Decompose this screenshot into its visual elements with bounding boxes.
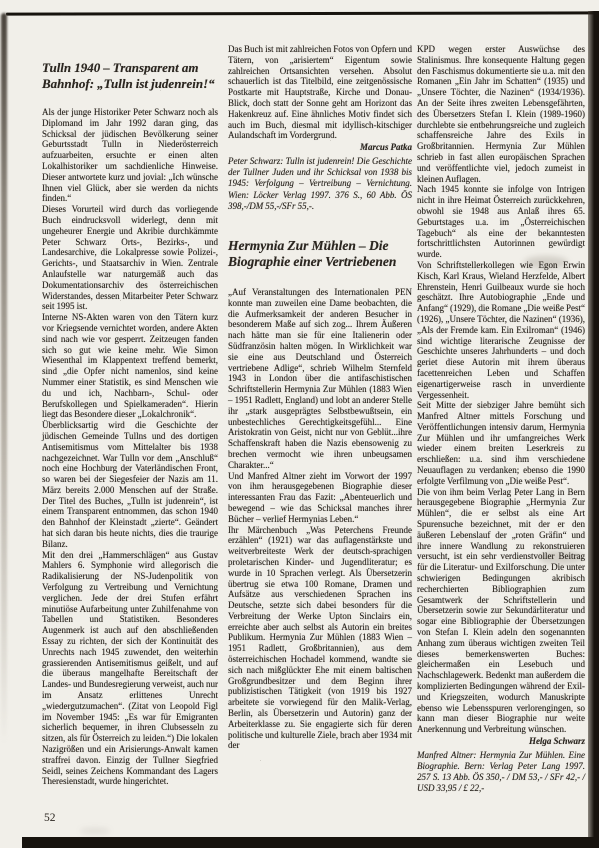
page-number: 52 xyxy=(44,812,56,824)
paragraph: Die von ihm beim Verlag Peter Lang in Be… xyxy=(417,487,585,735)
paragraph: Interne NS-Akten waren von den Tätern ku… xyxy=(42,312,218,420)
paragraph: „Auf Veranstaltungen des Internationalen… xyxy=(228,287,412,471)
paragraph: Ihr Märchenbuch „Was Peterchens Freunde … xyxy=(228,525,412,752)
paragraph: Und Manfred Altner zieht im Vorwort der … xyxy=(228,471,412,525)
column-middle: Das Buch ist mit zahlreichen Fotos von O… xyxy=(228,44,412,751)
author-signature-schwarz: Helga Schwarz xyxy=(417,736,585,747)
paragraph: Nach 1945 konnte sie infolge von Intrige… xyxy=(417,184,585,260)
paragraph: Das Buch ist mit zahlreichen Fotos von O… xyxy=(228,44,412,141)
review-title-muehlen: Hermynia Zur Mühlen – Die Biographie ein… xyxy=(228,238,412,271)
paragraph: Von Schriftstellerkollegen wie Egon Erwi… xyxy=(417,260,585,400)
author-signature-patka: Marcus Patka xyxy=(228,142,412,153)
scan-smudge xyxy=(80,828,110,834)
spine-shadow-left xyxy=(1,13,7,743)
paragraph: Als der junge Historiker Peter Schwarz n… xyxy=(42,107,218,204)
column-right: KPD wegen erster Auswüchse des Stalinism… xyxy=(417,44,585,795)
scanned-journal-page: Tulln 1940 – Transparent am Bahnhof: „Tu… xyxy=(0,0,599,848)
column-left: Tulln 1940 – Transparent am Bahnhof: „Tu… xyxy=(42,60,218,787)
book-citation-muehlen: Manfred Altner: Hermynia Zur Mühlen. Ein… xyxy=(417,750,585,795)
scan-edge-right xyxy=(588,11,599,848)
book-citation-tulln: Peter Schwarz: Tulln ist judenrein! Die … xyxy=(228,156,412,212)
paragraph: Dieses Vorurteil wird durch das vorliege… xyxy=(42,204,218,312)
paragraph: KPD wegen erster Auswüchse des Stalinism… xyxy=(417,44,585,184)
scan-edge-bottom xyxy=(22,837,599,848)
review-title-tulln: Tulln 1940 – Transparent am Bahnhof: „Tu… xyxy=(42,60,218,91)
scan-noise xyxy=(0,0,1,1)
paragraph: Überblicksartig wird die Geschichte der … xyxy=(42,420,218,550)
paragraph: Seit Mitte der siebziger Jahre bemüht si… xyxy=(417,400,585,486)
scan-edge-top xyxy=(6,11,599,15)
paragraph: Mit den drei „Hammerschlägen“ aus Gustav… xyxy=(42,550,218,788)
